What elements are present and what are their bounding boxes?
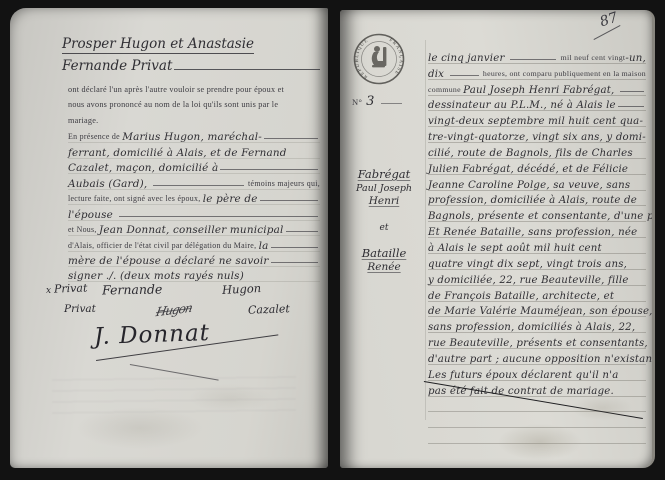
handwritten-text: tre-vingt-quatorze, vingt six ans, y dom… <box>428 132 646 143</box>
handwritten-text: vingt-deux septembre mil huit cent qua- <box>428 116 643 127</box>
handwritten-text: cilié, route de Bagnols, fils de Charles <box>428 148 633 159</box>
svg-text:RÉPUBLIQUE: RÉPUBLIQUE <box>355 38 370 79</box>
act-number: N° 3 <box>352 94 404 107</box>
right-body-line: sans profession, domiciliés à Alais, 22, <box>428 317 646 333</box>
printed-text: témoins majeurs qui, <box>246 179 320 189</box>
handwritten-text: de François Bataille, architecte, et <box>428 291 614 302</box>
handwritten-text: ferrant, domicilié à Alais, et de Fernan… <box>68 147 287 159</box>
handwritten-text: sans profession, domiciliés à Alais, 22, <box>428 322 635 333</box>
fill-stroke <box>260 200 318 201</box>
handwritten-text: mère de l'épouse a déclaré ne savoir <box>68 255 269 267</box>
right-body-line: tre-vingt-quatorze, vingt six ans, y dom… <box>428 127 646 143</box>
right-body-line: dessinateur au P.L.M., né à Alais le <box>428 96 646 112</box>
handwritten-text: l'épouse <box>68 209 117 221</box>
handwritten-text: le cinq janvier <box>428 53 508 64</box>
right-body-line: rue Beauteville, présents et consentants… <box>428 333 646 349</box>
fill-stroke <box>220 169 318 170</box>
fill-stroke <box>450 75 479 76</box>
handwritten-text: Bagnols, présente et consentante, d'une … <box>428 211 655 222</box>
right-body-line <box>428 428 646 444</box>
act-body: le cinq janvier mil neuf cent vingt-un,d… <box>428 48 646 444</box>
left-body-line: l'épouse <box>68 205 320 220</box>
left-body-line: ferrant, domicilié à Alais, et de Fernan… <box>68 143 320 158</box>
printed-text: d'Alais, officier de l'état civil par dé… <box>68 241 259 251</box>
right-body-line: Les futurs époux déclarent qu'il n'a <box>428 365 646 381</box>
printed-line: mariage. <box>68 113 320 128</box>
right-body-line: Bagnols, présente et consentante, d'une … <box>428 206 646 222</box>
right-body-line: de François Bataille, architecte, et <box>428 286 646 302</box>
printed-line: ont déclaré l'un après l'autre vouloir s… <box>68 82 320 97</box>
witness-paragraph: En présence de Marius Hugon, maréchal-fe… <box>68 128 320 282</box>
handwritten-text: -un, <box>625 53 646 64</box>
republique-francaise-seal-icon: RÉPUBLIQUE FRANÇAISE <box>352 32 406 86</box>
handwritten-text: Jeanne Caroline Polge, sa veuve, sans <box>428 180 630 191</box>
printed-declaration: ont déclaré l'un après l'autre vouloir s… <box>68 82 320 128</box>
fill-stroke <box>271 247 318 248</box>
right-body-line: Julien Fabrégat, décédé, et de Félicie <box>428 159 646 175</box>
margin-name: Renée <box>344 261 424 275</box>
signature-flourish <box>130 364 219 381</box>
handwritten-text: le père de <box>203 193 258 205</box>
act-title-line2: Fernande Privat <box>62 58 322 74</box>
margin-name: Fabrégat <box>344 168 424 182</box>
handwritten-text: Les futurs époux déclarent qu'il n'a <box>428 370 618 381</box>
margin-names: FabrégatPaul JosephHenrietBatailleRenée <box>344 168 424 274</box>
left-body-line: d'Alais, officier de l'état civil par dé… <box>68 236 320 251</box>
right-body-line: profession, domiciliée à Alais, route de <box>428 191 646 207</box>
signature-row: PrivatHugonCazalet <box>10 303 328 323</box>
left-body-line: mère de l'épouse a déclaré ne savoir <box>68 252 320 267</box>
signature: Hugon <box>222 281 262 297</box>
printed-text: En présence de <box>68 132 122 142</box>
printed-text: mil neuf cent vingt <box>558 53 625 63</box>
right-body-line: de Marie Valérie Mauméjean, son épouse, <box>428 302 646 318</box>
right-body-line: quatre vingt dix sept, vingt trois ans, <box>428 254 646 270</box>
fill-stroke <box>153 185 244 186</box>
right-body-line: Et Renée Bataille, sans profession, née <box>428 222 646 238</box>
handwritten-text: la <box>259 240 269 252</box>
margin-name: et <box>344 222 424 236</box>
register-scan: Prosper Hugon et Anastasie Fernande Priv… <box>0 0 665 480</box>
right-body-line <box>428 397 646 413</box>
margin-name: Bataille <box>344 247 424 261</box>
right-body-line: à Alais le sept août mil huit cent <box>428 238 646 254</box>
left-page: Prosper Hugon et Anastasie Fernande Priv… <box>10 8 328 468</box>
fill-stroke <box>381 103 402 104</box>
fill-stroke <box>618 106 644 107</box>
right-body-line: le cinq janvier mil neuf cent vingt-un, <box>428 48 646 64</box>
handwritten-text: Jean Donnat, conseiller municipal <box>99 224 284 236</box>
left-body-line: Cazalet, maçon, domicilié à <box>68 159 320 174</box>
bride-name: Fernande Privat <box>62 58 172 74</box>
margin-name: Henri <box>344 195 424 209</box>
seal-text-top: RÉPUBLIQUE <box>355 38 370 79</box>
fill-stroke <box>510 59 556 60</box>
seated-marianne-figure <box>372 46 387 67</box>
handwritten-text: dix <box>428 69 448 80</box>
fill-stroke <box>286 231 318 232</box>
handwritten-text: rue Beauteville, présents et consentants… <box>428 338 648 349</box>
printed-line: nous avons prononcé au nom de la loi qu'… <box>68 97 320 112</box>
printed-text: heures, ont comparu publiquement en la m… <box>481 69 646 79</box>
handwritten-text: Paul Joseph Henri Fabrégat, <box>463 85 618 96</box>
spouses-names: Prosper Hugon et Anastasie <box>62 36 254 54</box>
left-body-line: et Nous, Jean Donnat, conseiller municip… <box>68 221 320 236</box>
right-body-line: vingt-deux septembre mil huit cent qua- <box>428 111 646 127</box>
fill-stroke <box>620 91 644 92</box>
signature: Privat <box>64 303 96 315</box>
signature: Privat <box>54 281 88 295</box>
handwritten-text: quatre vingt dix sept, vingt trois ans, <box>428 259 627 270</box>
handwritten-text: Aubais (Gard), <box>68 178 151 190</box>
margin-rule <box>425 40 426 420</box>
signature: Fernande <box>102 281 163 297</box>
left-body-line: Aubais (Gard), témoins majeurs qui, <box>68 174 320 189</box>
right-body-line: commune Paul Joseph Henri Fabrégat, <box>428 80 646 96</box>
fill-stroke <box>119 216 318 217</box>
handwritten-text: Julien Fabrégat, décédé, et de Félicie <box>428 164 628 175</box>
printed-text: et Nous, <box>68 225 99 235</box>
page-number: 87 <box>598 10 620 30</box>
page-mark: 87 <box>590 10 630 50</box>
handwritten-text: Cazalet, maçon, domicilié à <box>68 162 218 174</box>
left-body-line: lecture faite, ont signé avec les époux,… <box>68 190 320 205</box>
printed-text: lecture faite, ont signé avec les époux, <box>68 194 203 204</box>
handwritten-text: y domiciliée, 22, rue Beauteville, fille <box>428 275 629 286</box>
handwritten-text: d'autre part ; aucune opposition n'exist… <box>428 354 655 365</box>
margin-name: Paul Joseph <box>344 182 424 196</box>
fill-stroke <box>264 138 318 139</box>
handwritten-text: à Alais le sept août mil huit cent <box>428 243 602 254</box>
right-body-line: pas été fait de contrat de mariage. <box>428 381 646 397</box>
act-title-line1: Prosper Hugon et Anastasie <box>62 36 322 52</box>
right-body-line <box>428 412 646 428</box>
act-number-value: 3 <box>366 94 374 109</box>
signature: Cazalet <box>248 302 290 316</box>
right-body-line: dix heures, ont comparu publiquement en … <box>428 64 646 80</box>
act-title: Prosper Hugon et Anastasie Fernande Priv… <box>62 36 322 74</box>
right-body-line: y domiciliée, 22, rue Beauteville, fille <box>428 270 646 286</box>
right-body-line: d'autre part ; aucune opposition n'exist… <box>428 349 646 365</box>
act-number-label: N° <box>352 97 362 107</box>
left-body-line: En présence de Marius Hugon, maréchal- <box>68 128 320 143</box>
printed-text: commune <box>428 85 463 95</box>
signature-row: PrivatFernandeHugon <box>10 282 328 302</box>
fill-stroke <box>271 262 318 263</box>
fill-stroke <box>174 69 320 70</box>
handwritten-text: signer ./. (deux mots rayés nuls) <box>68 270 244 282</box>
handwritten-text: Et Renée Bataille, sans profession, née <box>428 227 637 238</box>
handwritten-text: profession, domiciliée à Alais, route de <box>428 195 637 206</box>
handwritten-text: dessinateur au P.L.M., né à Alais le <box>428 100 616 111</box>
handwritten-text: Marius Hugon, maréchal- <box>122 131 262 143</box>
right-body-line: cilié, route de Bagnols, fils de Charles <box>428 143 646 159</box>
right-body-line: Jeanne Caroline Polge, sa veuve, sans <box>428 175 646 191</box>
right-page: RÉPUBLIQUE FRANÇAISE N° 3 FabrégatPaul J… <box>340 10 655 468</box>
signature: Hugon <box>155 301 193 320</box>
handwritten-text: de Marie Valérie Mauméjean, son épouse, <box>428 306 653 317</box>
left-body-line: signer ./. (deux mots rayés nuls) <box>68 267 320 282</box>
ink-bleedthrough <box>52 370 296 416</box>
